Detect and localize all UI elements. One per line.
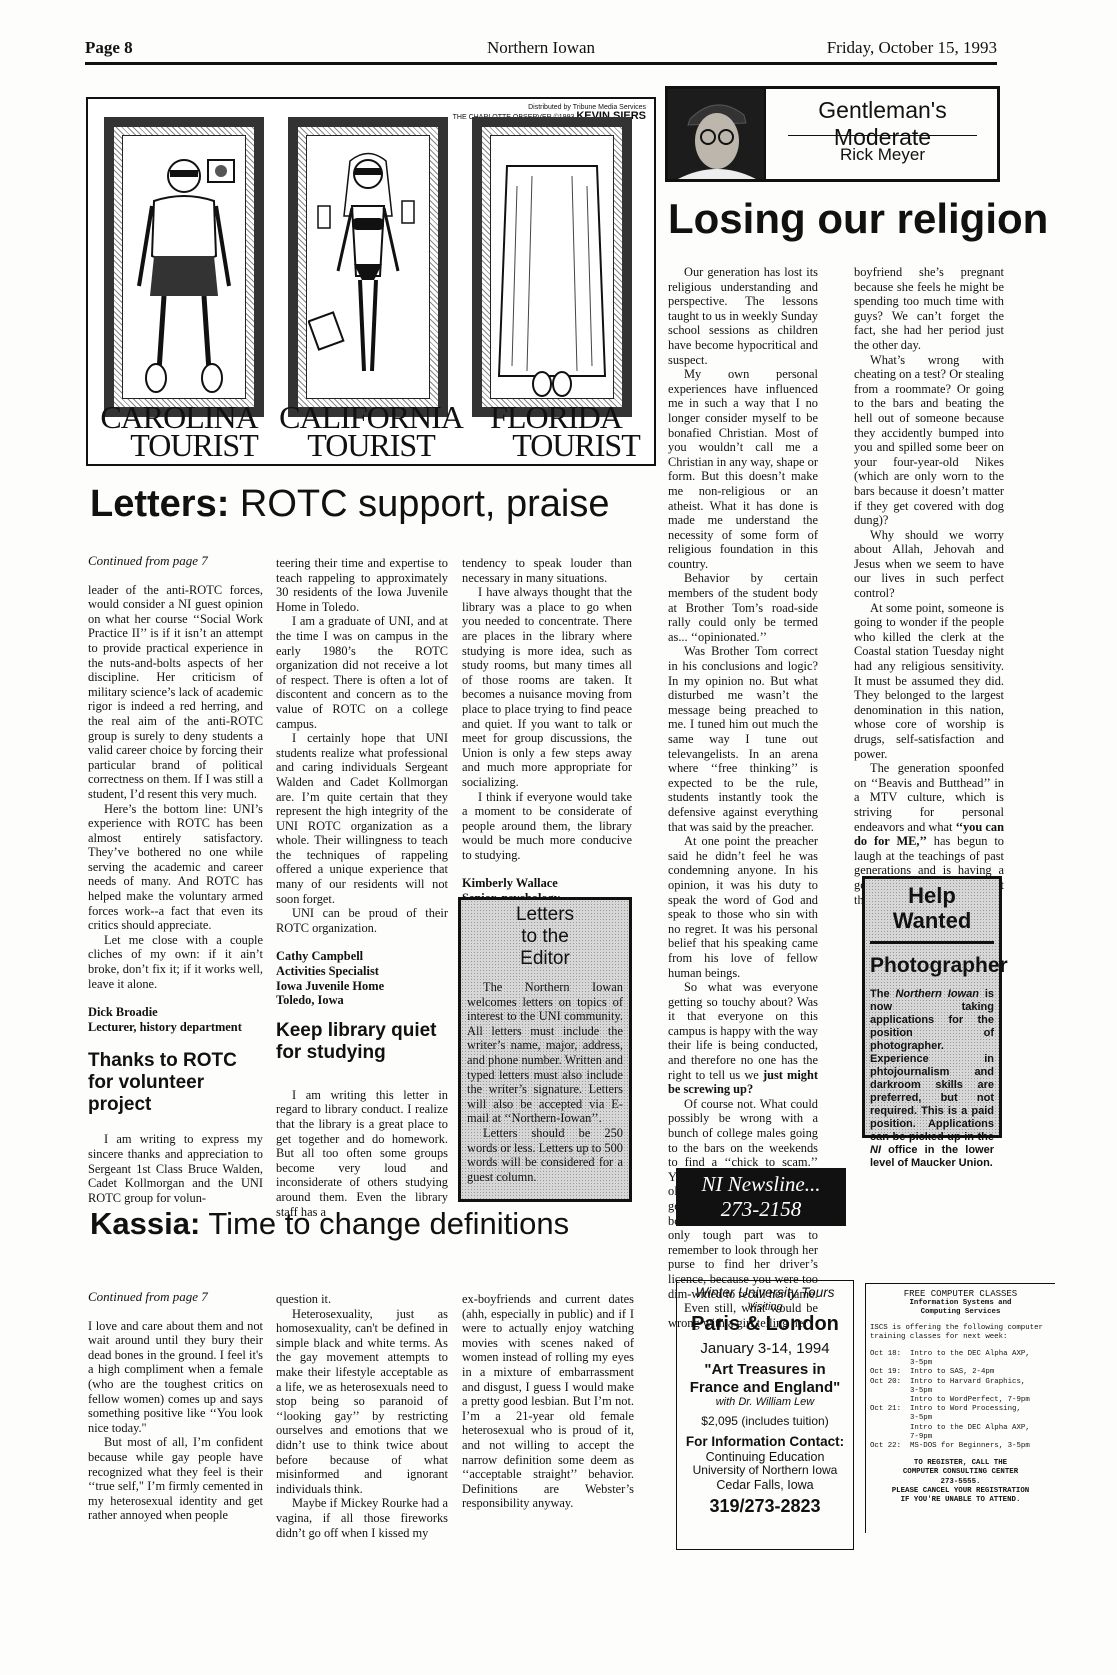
caption-florida: FLORIDA TOURIST <box>466 403 646 459</box>
letters-to-editor-box: Letters to the Editor The Northern Iowan… <box>458 897 632 1202</box>
masthead: Northern Iowan Page 8 Friday, October 15… <box>85 38 997 62</box>
masthead-rule <box>85 62 997 65</box>
letters-column-1: Continued from page 7 leader of the anti… <box>88 554 263 1205</box>
column-rule <box>788 135 977 136</box>
computer-classes-ad: FREE COMPUTER CLASSES Information System… <box>865 1283 1055 1533</box>
winter-tours-ad: Winter University Tours Visiting Paris &… <box>676 1280 854 1550</box>
ni-newsline-banner: NI Newsline... 273-2158 <box>676 1168 846 1226</box>
editorial-cartoon: Distributed by Tribune Media Services TH… <box>86 97 656 466</box>
newsline-phone: 273-2158 <box>676 1197 846 1222</box>
sunbather-man-illustration <box>124 146 244 406</box>
column-header-box: Gentleman's Moderate Rick Meyer <box>665 86 1000 182</box>
columnist-portrait-icon <box>668 89 766 179</box>
signature-name: Dick Broadie <box>88 1005 263 1020</box>
issue-date: Friday, October 15, 1993 <box>827 38 997 58</box>
columnist-photo <box>668 89 766 179</box>
help-wanted-ad: Help Wanted Photographer The Northern Io… <box>862 876 1002 1138</box>
letters-column-2: teering their time and expertise to teac… <box>276 556 448 1219</box>
column-name: Gentleman's Moderate <box>768 97 997 151</box>
page-number: Page 8 <box>85 38 133 58</box>
covered-body-illustration <box>487 146 617 406</box>
signature-title: Lecturer, history department <box>88 1020 263 1035</box>
help-wanted-position: Photographer <box>870 954 994 978</box>
column-body-2: boyfriend she’s pregnant because she fee… <box>854 265 1004 907</box>
caption-california: CALIFORNIA TOURIST <box>276 403 466 459</box>
continued-note: Continued from page 7 <box>88 554 263 569</box>
column-author: Rick Meyer <box>768 145 997 165</box>
cartoon-panel-florida <box>472 117 632 417</box>
cartoon-panel-carolina <box>104 117 264 417</box>
kassia-column-2: question it. Heterosexuality, just as ho… <box>276 1292 448 1540</box>
thanks-rotc-headline: Thanks to ROTC for volunteer project <box>88 1050 263 1116</box>
sunbather-woman-illustration <box>308 146 428 406</box>
kassia-column-1: Continued from page 7 I love and care ab… <box>88 1290 263 1523</box>
kassia-headline: Kassia: Time to change definitions <box>90 1206 569 1242</box>
letters-headline: Letters: ROTC support, praise <box>90 482 610 526</box>
letters-column-3: tendency to speak louder than necessary … <box>462 556 632 906</box>
tour-phone: 319/273-2823 <box>677 1496 853 1517</box>
kassia-column-3: ex-boyfriends and current dates (ahh, es… <box>462 1292 634 1511</box>
library-headline: Keep library quiet for studying <box>276 1020 448 1064</box>
cartoon-panel-california <box>288 117 448 417</box>
column-headline: Losing our religion <box>668 196 1048 242</box>
caption-carolina: CAROLINA TOURIST <box>94 403 264 459</box>
